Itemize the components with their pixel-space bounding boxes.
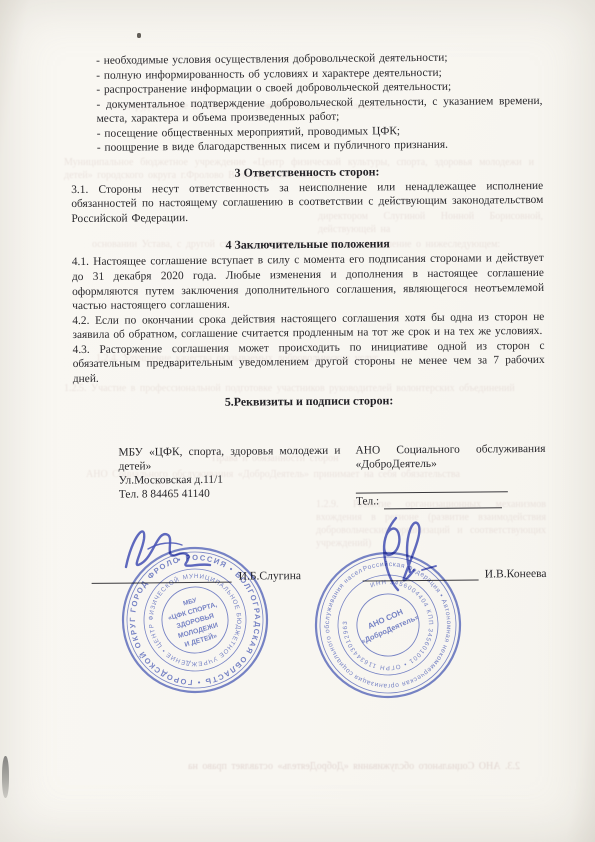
handwritten-signature-left	[118, 515, 228, 585]
handwritten-signature-right	[352, 508, 452, 603]
party-right-org-name-2: «ДоброДеятель»	[356, 457, 546, 473]
paragraph-4-3: 4.3. Расторжение соглашения может происх…	[73, 339, 545, 387]
paragraph-4-2: 4.2. Если по окончании срока действия на…	[72, 310, 544, 343]
section-heading-requisites: 5.Реквизиты и подписи сторон:	[73, 392, 545, 411]
party-left-phone: Тел. 8 84465 41140	[119, 487, 341, 503]
scan-speck	[137, 33, 141, 38]
paragraph-3-1: 3.1. Стороны несут ответственность за не…	[71, 179, 543, 227]
paragraph-4-1: 4.1. Настоящее соглашение вступает в сил…	[72, 251, 544, 313]
bullet-item: - поощрение в виде благодарственных писе…	[97, 137, 543, 155]
stamp-left-center-line: МБУ	[182, 597, 198, 608]
scan-smudge	[2, 756, 9, 798]
requisites-block: МБУ «ЦФК, спорта, здоровья молодежи и де…	[73, 443, 546, 512]
party-left-requisites: МБУ «ЦФК, спорта, здоровья молодежи и де…	[118, 445, 341, 512]
party-right-org-name: АНО Социального обслуживания	[355, 443, 545, 459]
rights-bullet-list: - необходимые условия осуществления добр…	[70, 50, 543, 156]
scanned-document-page: о сотрудничестве и совместной деятельнос…	[0, 0, 595, 842]
party-left-org-name: МБУ «ЦФК, спорта, здоровья молодежи и де…	[118, 445, 340, 475]
signer-name-right: И.В.Конеева	[485, 567, 547, 581]
bullet-item: - документальное подтверждение доброволь…	[96, 94, 542, 127]
blank-fill-line	[356, 479, 508, 493]
document-content: - необходимые условия осуществления добр…	[70, 50, 547, 584]
party-right-requisites: АНО Социального обслуживания «ДоброДеяте…	[355, 443, 546, 509]
bleed-through-text-mirrored: 2.3. АНО Социального обслуживания «Добро…	[150, 760, 520, 773]
